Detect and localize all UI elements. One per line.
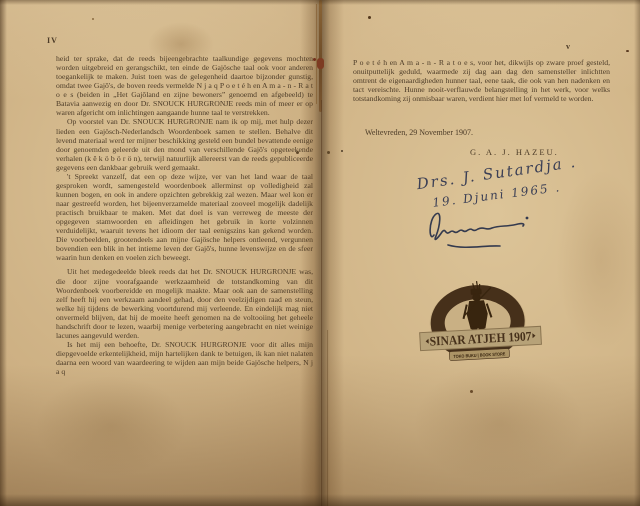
paper-speck [470, 390, 473, 393]
paragraph: P o e t é h en A m a - n - R a t o e s, … [353, 58, 610, 103]
gutter-crease [321, 100, 322, 506]
book-photo: IV heid ter sprake, dat de reeds bijeeng… [0, 0, 640, 506]
binding-thread-strand [316, 4, 317, 104]
paragraph: Is het mij een behoefte, Dr. SNOUCK HURG… [56, 340, 313, 376]
paragraph: Uit het medegedeelde bleek reeds dat het… [56, 267, 313, 340]
left-page-text: heid ter sprake, dat de reeds bijeengebr… [56, 54, 313, 376]
photo-edge [0, 494, 640, 506]
paper-speck [341, 150, 343, 152]
gutter-crease [327, 330, 328, 506]
binding-knot [317, 58, 324, 69]
photo-edge [634, 0, 640, 506]
photo-edge [0, 0, 640, 5]
right-page-text: P o e t é h en A m a - n - R a t o e s, … [353, 58, 610, 103]
dateline: Weltevreden, 29 November 1907. [365, 128, 473, 137]
paragraph: 't Spreekt vanzelf, dat een op deze wijz… [56, 172, 313, 263]
photo-edge [0, 0, 7, 506]
bookstore-stamp: SINAR ATJEH 1907 TOKO BUKU | BOOK STORE [416, 277, 545, 379]
paper-speck [626, 50, 629, 52]
binding-thread [319, 0, 322, 112]
book-gutter [300, 0, 344, 506]
right-page-number: v [566, 42, 571, 51]
stitch-hole [327, 151, 330, 154]
paragraph: heid ter sprake, dat de reeds bijeengebr… [56, 54, 313, 117]
paper-speck [368, 16, 371, 19]
right-page: v P o e t é h en A m a - n - R a t o e s… [320, 0, 640, 506]
stitch-hole [296, 151, 299, 154]
paper-speck [313, 58, 316, 61]
paper-speck [92, 18, 94, 20]
left-page: IV heid ter sprake, dat de reeds bijeeng… [0, 0, 320, 506]
handwritten-signature-icon [426, 208, 536, 254]
paragraph: Op voorstel van Dr. SNOUCK HURGRONJE nam… [56, 117, 313, 171]
author-signature: G. A. J. HAZEU. [470, 147, 559, 157]
left-page-number: IV [47, 36, 58, 45]
stamp-graphic: SINAR ATJEH 1907 TOKO BUKU | BOOK STORE [416, 277, 545, 379]
